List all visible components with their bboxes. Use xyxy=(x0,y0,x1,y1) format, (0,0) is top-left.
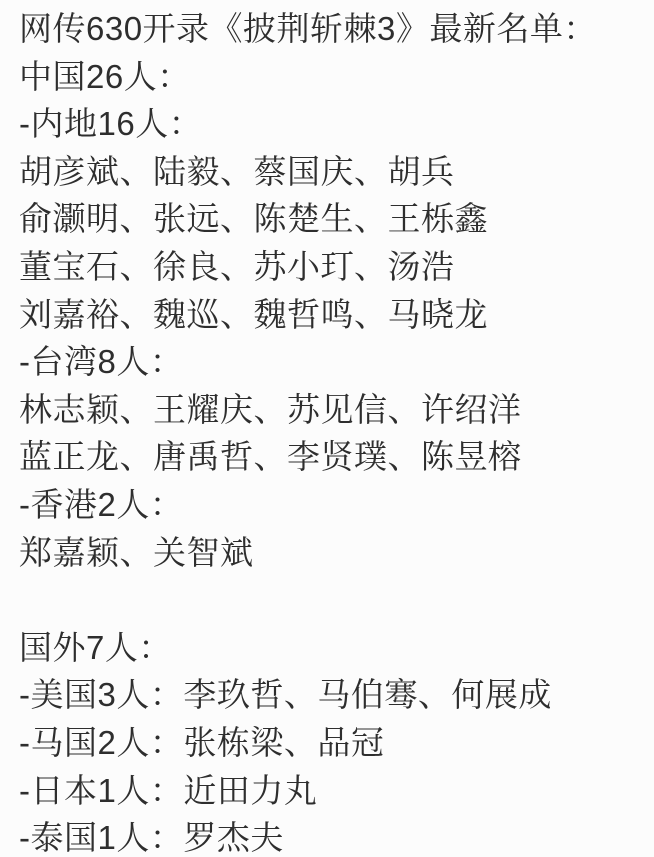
name-list-screenshot: 网传630开录《披荆斩棘3》最新名单： 中国26人： -内地16人： 胡彦斌、陆… xyxy=(0,0,654,857)
taiwan-names-row: 林志颖、王耀庆、苏见信、许绍洋 xyxy=(19,386,646,434)
taiwan-names-row: 蓝正龙、唐禹哲、李贤璞、陈昱榕 xyxy=(19,433,646,481)
overseas-japan-row: -日本1人：近田力丸 xyxy=(19,767,646,815)
mainland-names-row: 董宝石、徐良、苏小玎、汤浩 xyxy=(19,243,646,291)
spacer-line xyxy=(19,576,646,624)
hongkong-names-row: 郑嘉颖、关智斌 xyxy=(19,529,646,577)
overseas-usa-row: -美国3人：李玖哲、马伯骞、何展成 xyxy=(19,671,646,719)
mainland-heading: -内地16人： xyxy=(19,100,646,148)
taiwan-heading: -台湾8人： xyxy=(19,338,646,386)
mainland-names-row: 俞灏明、张远、陈楚生、王栎鑫 xyxy=(19,195,646,243)
china-count-heading: 中国26人： xyxy=(19,53,646,101)
overseas-thailand-row: -泰国1人：罗杰夫 xyxy=(19,814,646,857)
hongkong-heading: -香港2人： xyxy=(19,481,646,529)
overseas-heading: 国外7人： xyxy=(19,624,646,672)
mainland-names-row: 胡彦斌、陆毅、蔡国庆、胡兵 xyxy=(19,148,646,196)
post-title: 网传630开录《披荆斩棘3》最新名单： xyxy=(19,5,646,53)
overseas-malaysia-row: -马国2人：张栋梁、品冠 xyxy=(19,719,646,767)
mainland-names-row: 刘嘉裕、魏巡、魏哲鸣、马晓龙 xyxy=(19,291,646,339)
